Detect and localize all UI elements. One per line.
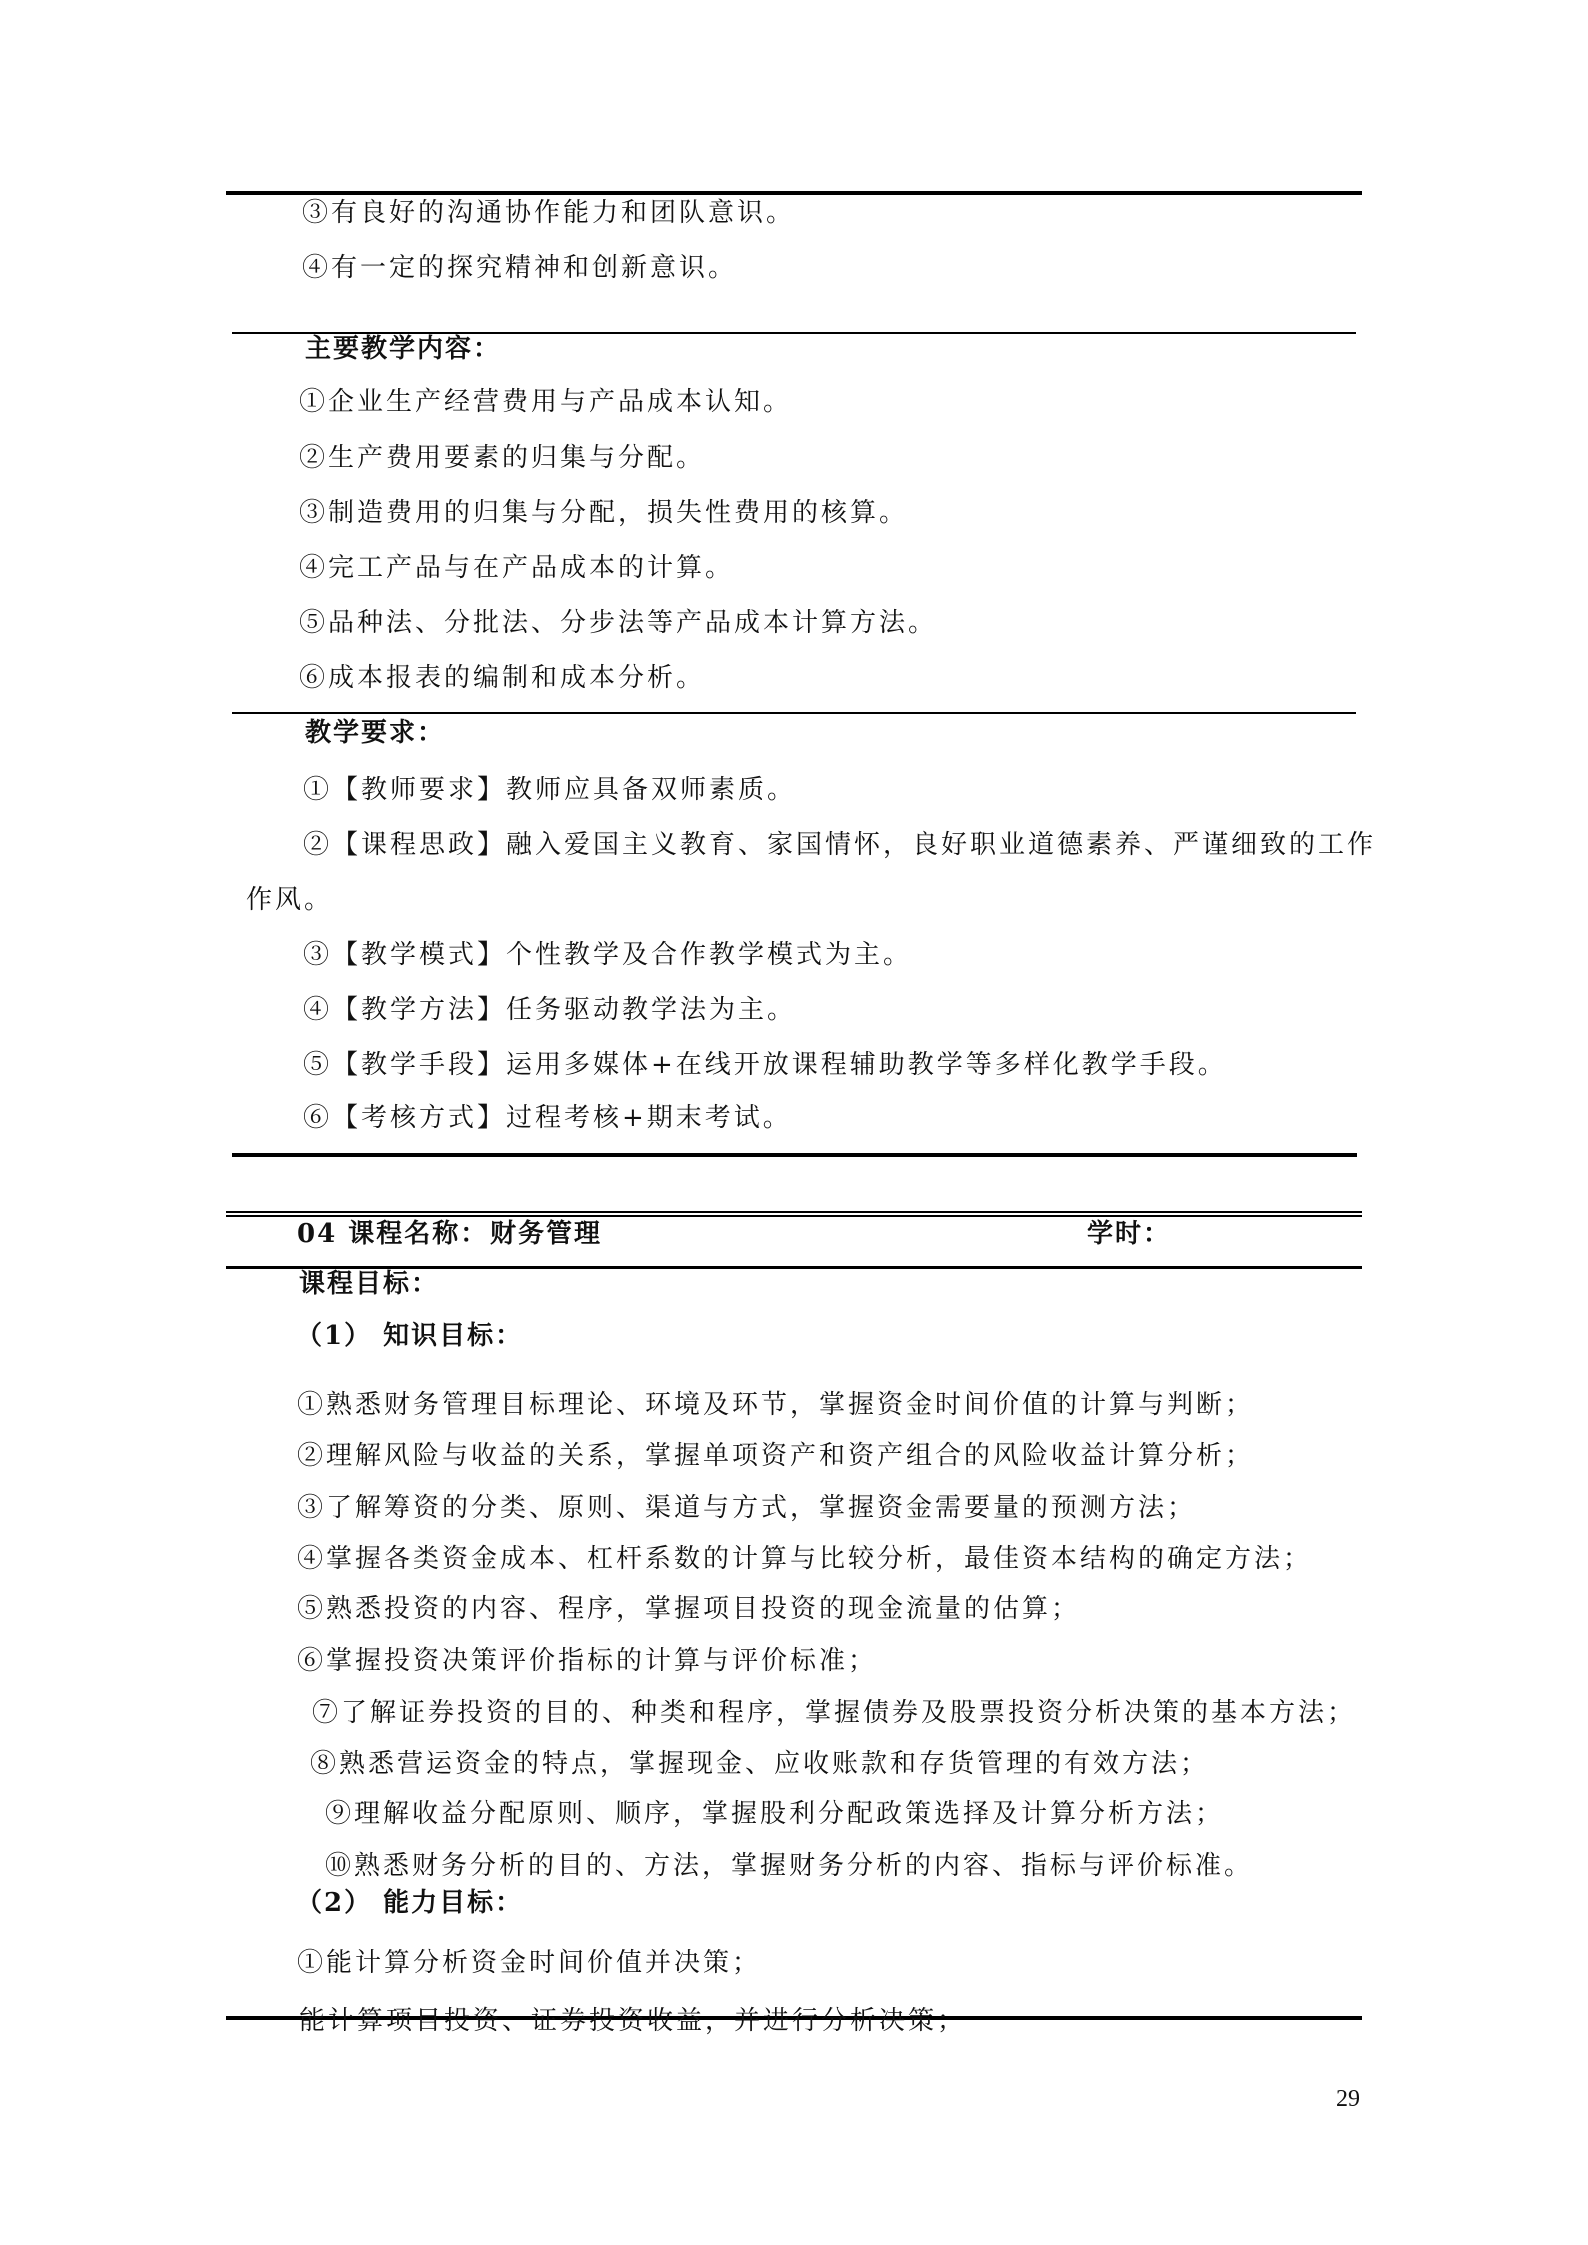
knowledge-objective-item: ①熟悉财务管理目标理论、环境及环节，掌握资金时间价值的计算与判断； <box>297 1390 1254 1420</box>
main-content-item: ⑤品种法、分批法、分步法等产品成本计算方法。 <box>299 608 937 638</box>
ability-objective-item: ①能计算分析资金时间价值并决策； <box>297 1948 761 1978</box>
table-border-top <box>226 191 1362 195</box>
knowledge-objectives-heading: （1） 知识目标： <box>296 1321 523 1351</box>
main-content-item: ③制造费用的归集与分配，损失性费用的核算。 <box>299 498 908 528</box>
objectives-heading: 课程目标： <box>299 1269 439 1299</box>
main-content-item: ④完工产品与在产品成本的计算。 <box>299 553 734 583</box>
requirements-heading: 教学要求： <box>305 718 445 748</box>
knowledge-objective-item: ⑧熟悉营运资金的特点，掌握现金、应收账款和存货管理的有效方法； <box>310 1749 1209 1779</box>
quality-goal-item: ③有良好的沟通协作能力和团队意识。 <box>302 198 795 228</box>
ability-objective-item: 能计算项目投资、证券投资收益，并进行分析决策； <box>299 2006 966 2036</box>
quality-goal-item: ④有一定的探究精神和创新意识。 <box>302 253 737 283</box>
knowledge-objective-item: ③了解筹资的分类、原则、渠道与方式，掌握资金需要量的预测方法； <box>297 1493 1196 1523</box>
course-number-label: 04 课程名称： <box>297 1219 488 1249</box>
main-content-heading: 主要教学内容： <box>305 334 501 364</box>
ability-objectives-heading: （2） 能力目标： <box>296 1888 523 1918</box>
requirement-item: ③【教学模式】个性教学及合作教学模式为主。 <box>303 940 912 970</box>
requirement-item: ⑤【教学手段】运用多媒体+在线开放课程辅助教学等多样化教学手段。 <box>303 1050 1227 1080</box>
main-content-item: ①企业生产经营费用与产品成本认知。 <box>299 387 792 417</box>
requirement-item: ①【教师要求】教师应具备双师素质。 <box>303 775 796 805</box>
requirement-item-continuation: 作风。 <box>246 885 333 915</box>
course-table-double-border-inner <box>226 1215 1362 1217</box>
requirement-item: ②【课程思政】融入爱国主义教育、家国情怀，良好职业道德素养、严谨细致的工作 <box>303 830 1376 860</box>
knowledge-objective-item: ②理解风险与收益的关系，掌握单项资产和资产组合的风险收益计算分析； <box>297 1441 1254 1471</box>
page-number: 29 <box>1336 2085 1360 2113</box>
main-content-item: ②生产费用要素的归集与分配。 <box>299 443 705 473</box>
main-content-item: ⑥成本报表的编制和成本分析。 <box>299 663 705 693</box>
course-hours-label: 学时： <box>1087 1219 1171 1249</box>
knowledge-objective-item: ⑨理解收益分配原则、顺序，掌握股利分配政策选择及计算分析方法； <box>325 1799 1224 1829</box>
table-border-bottom <box>232 1153 1357 1157</box>
course-table-double-border-outer <box>226 1211 1362 1213</box>
knowledge-objective-item: ⑩熟悉财务分析的目的、方法，掌握财务分析的内容、指标与评价标准。 <box>325 1851 1253 1881</box>
knowledge-objective-item: ⑤熟悉投资的内容、程序，掌握项目投资的现金流量的估算； <box>297 1594 1080 1624</box>
knowledge-objective-item: ⑥掌握投资决策评价指标的计算与评价标准； <box>297 1646 877 1676</box>
requirement-item: ④【教学方法】任务驱动教学法为主。 <box>303 995 796 1025</box>
knowledge-objective-item: ⑦了解证券投资的目的、种类和程序，掌握债券及股票投资分析决策的基本方法； <box>312 1698 1356 1728</box>
requirement-item: ⑥【考核方式】过程考核+期末考试。 <box>303 1103 792 1133</box>
table-border-requirements <box>232 712 1356 714</box>
knowledge-objective-item: ④掌握各类资金成本、杠杆系数的计算与比较分析，最佳资本结构的确定方法； <box>297 1544 1312 1574</box>
course-name: 财务管理 <box>490 1219 602 1249</box>
